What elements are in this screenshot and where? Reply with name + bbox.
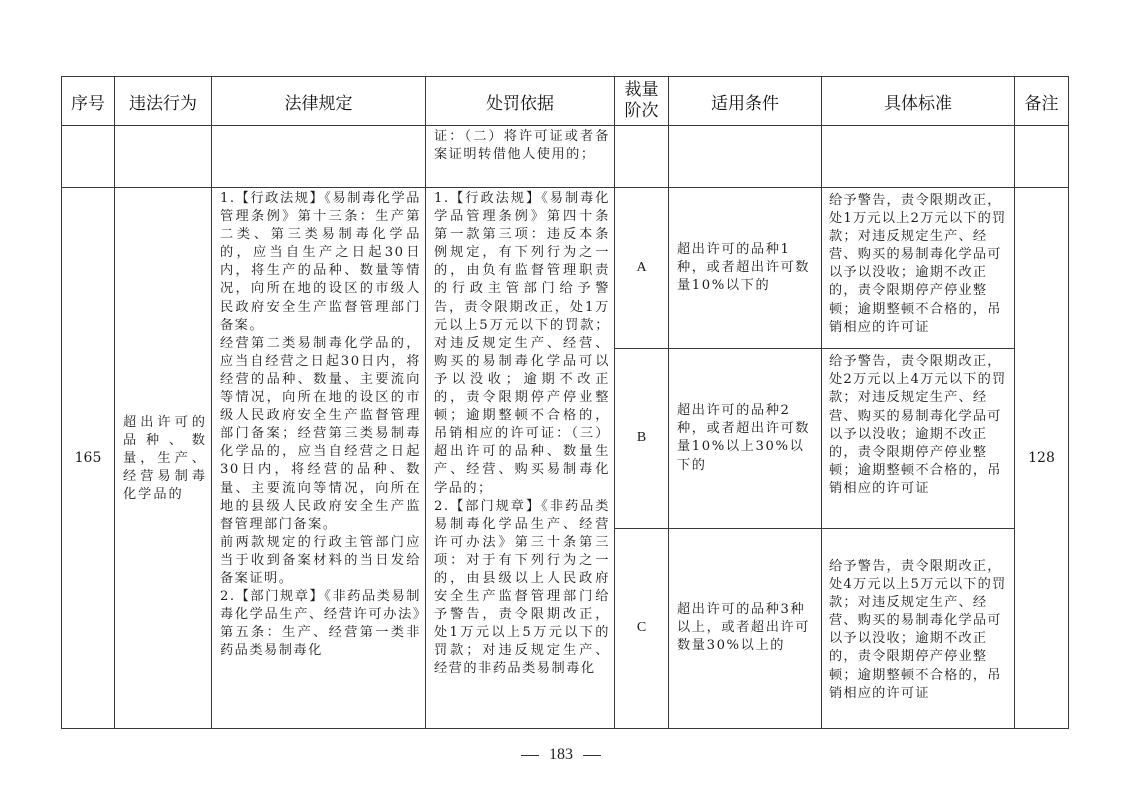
penalty-basis-cell: 1.【行政法规】《易制毒化学品管理条例》第四十条第一款第三项：违反本条例规定，有… [426,188,615,729]
tier-c-standard-text: 给予警告，责令限期改正，处4万元以上5万元以下的罚款；对违反规定生产、经营、购买… [822,554,1014,703]
header-penalty-basis: 处罚依据 [426,77,615,126]
penalty-basis-text: 1.【行政法规】《易制毒化学品管理条例》第四十条第一款第三项：违反本条例规定，有… [426,188,614,728]
header-legal-provision: 法律规定 [212,77,426,126]
header-standard: 具体标准 [822,77,1015,126]
tier-a-condition-text: 超出许可的品种1种，或者超出许可数量10%以下的 [669,241,821,295]
tier-b-standard-cell: 给予警告，责令限期改正，处2万元以上4万元以下的罚款；对违反规定生产、经营、购买… [822,349,1015,528]
tier-level-b: B [615,349,669,528]
header-tier: 裁量 阶次 [615,77,669,126]
violation-cell: 超出许可的品种、数量，生产、经营易制毒化学品的 [115,188,212,729]
tier-level-a: A [615,188,669,349]
legal-provision-cell: 1.【行政法规】《易制毒化学品管理条例》第十三条：生产第二类、第三类易制毒化学品… [212,188,426,729]
header-tier-line2: 阶次 [615,101,668,122]
penalty-discretion-table: 序号 违法行为 法律规定 处罚依据 裁量 阶次 适用条件 具体标准 备注 证：（… [61,76,1069,729]
continued-penalty-basis-text: 证：（二）将许可证或者备案证明转借他人使用的； [426,126,614,164]
tier-c-condition-cell: 超出许可的品种3种以上，或者超出许可数量30%以上的 [669,528,822,728]
continued-legal-cell [212,126,426,188]
continued-seq-cell [62,126,115,188]
page-number-value: 183 [549,746,573,763]
header-remark: 备注 [1015,77,1069,126]
header-tier-line1: 裁量 [615,80,668,101]
tier-level-c: C [615,528,669,728]
tier-b-standard-text: 给予警告，责令限期改正，处2万元以上4万元以下的罚款；对违反规定生产、经营、购买… [822,349,1014,498]
tier-c-condition-text: 超出许可的品种3种以上，或者超出许可数量30%以上的 [669,601,821,655]
page-number-dash-right [583,755,601,756]
page-number: 183 [0,746,1122,764]
tier-c-standard-cell: 给予警告，责令限期改正，处4万元以上5万元以下的罚款；对违反规定生产、经营、购买… [822,528,1015,728]
continued-standard-cell [822,126,1015,188]
tier-b-condition-text: 超出许可的品种2种，或者超出许可数量10%以上30%以下的 [669,402,821,474]
legal-provision-text: 1.【行政法规】《易制毒化学品管理条例》第十三条：生产第二类、第三类易制毒化学品… [212,188,425,728]
violation-text: 超出许可的品种、数量，生产、经营易制毒化学品的 [115,412,211,504]
document-page: 序号 违法行为 法律规定 处罚依据 裁量 阶次 适用条件 具体标准 备注 证：（… [0,0,1122,793]
header-condition: 适用条件 [669,77,822,126]
continued-remark-cell [1015,126,1069,188]
continued-condition-cell [669,126,822,188]
tier-a-standard-cell: 给予警告，责令限期改正，处1万元以上2万元以下的罚款；对违反规定生产、经营、购买… [822,188,1015,349]
tier-b-condition-cell: 超出许可的品种2种，或者超出许可数量10%以上30%以下的 [669,349,822,528]
header-violation: 违法行为 [115,77,212,126]
tier-a-standard-text: 给予警告，责令限期改正，处1万元以上2万元以下的罚款；对违反规定生产、经营、购买… [822,188,1014,337]
continued-row: 证：（二）将许可证或者备案证明转借他人使用的； [62,126,1069,188]
continued-violation-cell [115,126,212,188]
tier-a-condition-cell: 超出许可的品种1种，或者超出许可数量10%以下的 [669,188,822,349]
header-row: 序号 违法行为 法律规定 处罚依据 裁量 阶次 适用条件 具体标准 备注 [62,77,1069,126]
page-number-dash-left [521,755,539,756]
table-row-tier-a: 165 超出许可的品种、数量，生产、经营易制毒化学品的 1.【行政法规】《易制毒… [62,188,1069,349]
continued-penalty-basis-cell: 证：（二）将许可证或者备案证明转借他人使用的； [426,126,615,188]
seq-cell: 165 [62,188,115,729]
continued-tier-cell [615,126,669,188]
header-seq: 序号 [62,77,115,126]
remark-cell: 128 [1015,188,1069,729]
